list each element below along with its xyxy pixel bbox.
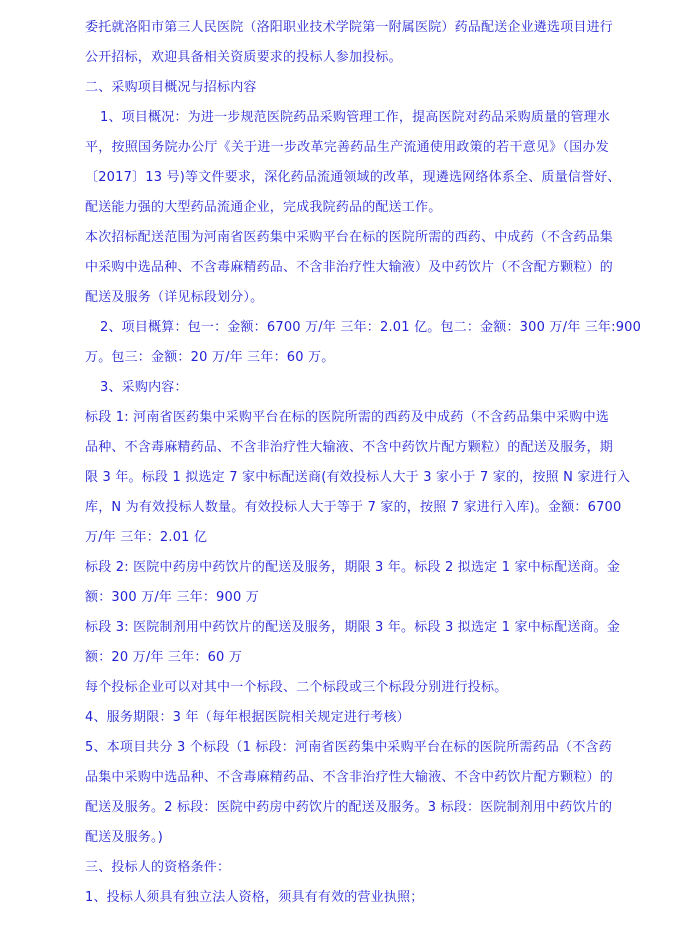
doc-line-8: 本次招标配送范围为河南省医药集中采购平台在标的医院所需的西药、中成药（不含药品集 bbox=[85, 223, 609, 253]
item-5-line-1: 5、本项目共分 3 个标段（1 标段：河南省医药集中采购平台在标的医院所需药品（… bbox=[85, 733, 609, 763]
item-5-line-4: 配送及服务。) bbox=[85, 823, 609, 853]
document-body: 委托就洛阳市第三人民医院（洛阳职业技术学院第一附属医院）药品配送企业遴选项目进行… bbox=[85, 13, 609, 913]
lot-3-line-1: 标段 3: 医院制剂用中药饮片的配送及服务，期限 3 年。标段 3 拟选定 1 … bbox=[85, 613, 609, 643]
doc-line-2: 公开招标，欢迎具备相关资质要求的投标人参加投标。 bbox=[85, 43, 609, 73]
lot-1-line-4: 库，N 为有效投标人数量。有效投标人大于等于 7 家的，按照 7 家进行入库)。… bbox=[85, 493, 609, 523]
heading-section-3: 三、投标人的资格条件： bbox=[85, 853, 609, 883]
lot-1-line-1: 标段 1: 河南省医药集中采购平台在标的医院所需的西药及中成药（不含药品集中采购… bbox=[85, 403, 609, 433]
item-1-project-overview: 1、项目概况：为进一步规范医院药品采购管理工作，提高医院对药品采购质量的管理水 bbox=[85, 103, 609, 133]
item-3-procurement-content: 3、采购内容： bbox=[85, 373, 609, 403]
lot-1-line-2: 品种、不含毒麻精药品、不含非治疗性大输液、不含中药饮片配方颗粒）的配送及服务，期 bbox=[85, 433, 609, 463]
lot-2-line-1: 标段 2: 医院中药房中药饮片的配送及服务，期限 3 年。标段 2 拟选定 1 … bbox=[85, 553, 609, 583]
lot-1-line-5: 万/年 三年：2.01 亿 bbox=[85, 523, 609, 553]
document-page: 委托就洛阳市第三人民医院（洛阳职业技术学院第一附属医院）药品配送企业遴选项目进行… bbox=[0, 0, 693, 932]
doc-line-5: 平，按照国务院办公厅《关于进一步改革完善药品生产流通使用政策的若干意见》（国办发 bbox=[85, 133, 609, 163]
doc-line-9: 中采购中选品种、不含毒麻精药品、不含非治疗性大输液）及中药饮片（不含配方颗粒）的 bbox=[85, 253, 609, 283]
doc-line-12: 万。包三：金额：20 万/年 三年：60 万。 bbox=[85, 343, 609, 373]
heading-section-2: 二、采购项目概况与招标内容 bbox=[85, 73, 609, 103]
doc-line-1: 委托就洛阳市第三人民医院（洛阳职业技术学院第一附属医院）药品配送企业遴选项目进行 bbox=[85, 13, 609, 43]
lot-1-line-3: 限 3 年。标段 1 拟选定 7 家中标配送商(有效投标人大于 3 家小于 7 … bbox=[85, 463, 609, 493]
qualification-item-1: 1、投标人须具有独立法人资格，须具有有效的营业执照； bbox=[85, 883, 609, 913]
doc-line-7: 配送能力强的大型药品流通企业，完成我院药品的配送工作。 bbox=[85, 193, 609, 223]
lot-3-line-2: 额：20 万/年 三年：60 万 bbox=[85, 643, 609, 673]
item-4-service-term: 4、服务期限：3 年（每年根据医院相关规定进行考核） bbox=[85, 703, 609, 733]
doc-line-10: 配送及服务（详见标段划分）。 bbox=[85, 283, 609, 313]
bidding-rule-line: 每个投标企业可以对其中一个标段、二个标段或三个标段分别进行投标。 bbox=[85, 673, 609, 703]
item-5-line-3: 配送及服务。2 标段：医院中药房中药饮片的配送及服务。3 标段：医院制剂用中药饮… bbox=[85, 793, 609, 823]
item-5-line-2: 品集中采购中选品种、不含毒麻精药品、不含非治疗性大输液、不含中药饮片配方颗粒）的 bbox=[85, 763, 609, 793]
doc-line-6: 〔2017〕13 号)等文件要求，深化药品流通领域的改革，现遴选网络体系全、质量… bbox=[85, 163, 609, 193]
item-2-project-budget: 2、项目概算：包一：金额：6700 万/年 三年：2.01 亿。包二：金额：30… bbox=[85, 313, 609, 343]
lot-2-line-2: 额：300 万/年 三年：900 万 bbox=[85, 583, 609, 613]
